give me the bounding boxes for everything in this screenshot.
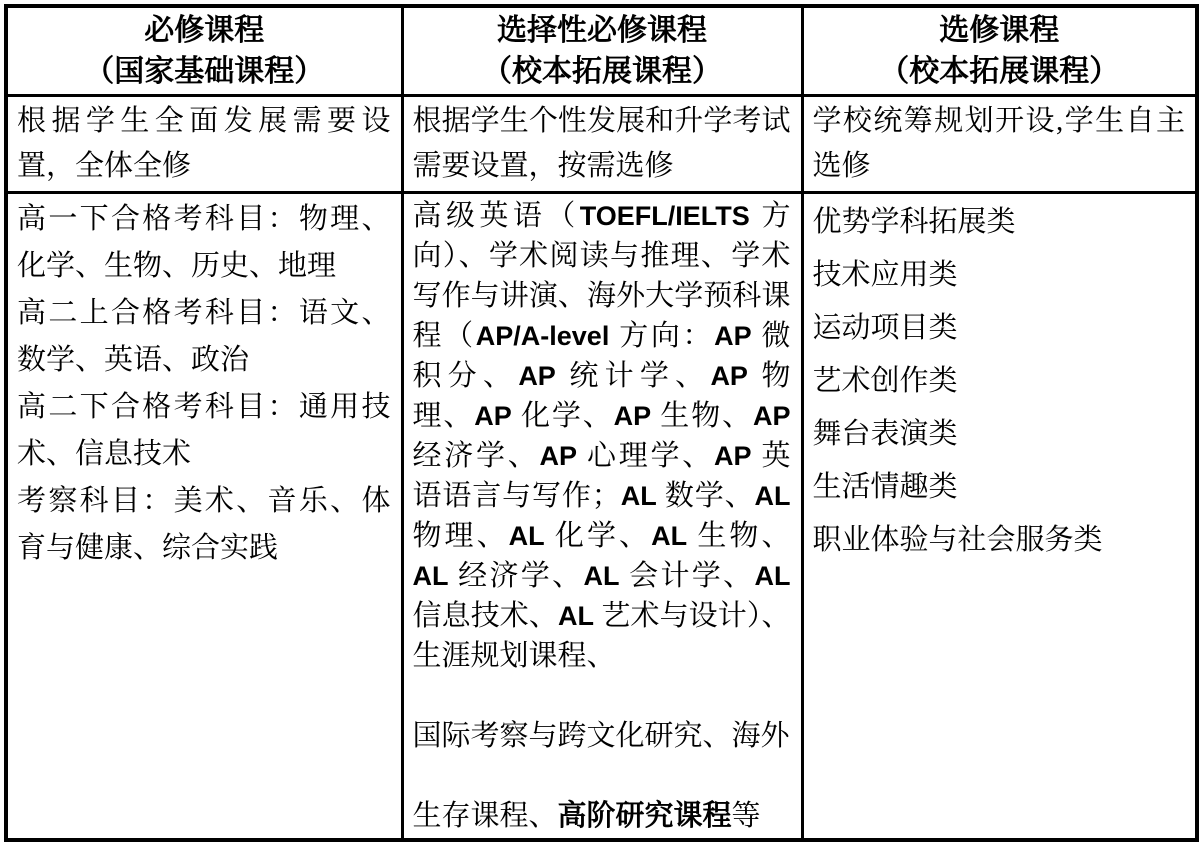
exam-subjects-grade2-first: 高二上合格考科目：语文、数学、英语、政治 [17, 290, 391, 384]
header-line: （校本拓展课程） [804, 51, 1196, 92]
cell-selective-description: 根据学生个性发展和升学考试需要设置，按需选修 [402, 96, 802, 193]
selective-courses-paragraph: 高级英语（TOEFL/IELTS 方向）、学术阅读与推理、学术写作与讲演、海外大… [413, 196, 791, 676]
advanced-research-course-bold: 高阶研究课程 [558, 800, 732, 832]
cell-elective-description: 学校统筹规划开设,学生自主选修 [802, 96, 1197, 193]
survival-course-text: 生存课程、 [413, 800, 558, 832]
courses-row: 高一下合格考科目：物理、化学、生物、历史、地理 高二上合格考科目：语文、数学、英… [6, 193, 1197, 841]
elective-category: 舞台表演类 [813, 408, 1186, 461]
cell-required-subjects: 高一下合格考科目：物理、化学、生物、历史、地理 高二上合格考科目：语文、数学、英… [6, 193, 402, 841]
elective-category: 职业体验与社会服务类 [813, 514, 1186, 567]
header-line: （校本拓展课程） [404, 51, 801, 92]
cell-selective-courses: 高级英语（TOEFL/IELTS 方向）、学术阅读与推理、学术写作与讲演、海外大… [402, 193, 802, 841]
elective-category: 艺术创作类 [813, 355, 1186, 408]
header-line: 必修课程 [8, 10, 401, 51]
description-row: 根据学生全面发展需要设置，全体全修 根据学生个性发展和升学考试需要设置，按需选修… [6, 96, 1197, 193]
survival-research-paragraph: 生存课程、高阶研究课程等 [413, 796, 791, 836]
header-line: 选修课程 [804, 10, 1196, 51]
exam-subjects-grade1: 高一下合格考科目：物理、化学、生物、历史、地理 [17, 196, 391, 290]
elective-category: 技术应用类 [813, 249, 1186, 302]
header-required-courses: 必修课程 （国家基础课程） [6, 6, 402, 96]
header-selective-required-courses: 选择性必修课程 （校本拓展课程） [402, 6, 802, 96]
elective-category: 运动项目类 [813, 302, 1186, 355]
header-line: 选择性必修课程 [404, 10, 801, 51]
header-elective-courses: 选修课程 （校本拓展课程） [802, 6, 1197, 96]
header-line: （国家基础课程） [8, 51, 401, 92]
required-description-text: 根据学生全面发展需要设置，全体全修 [17, 99, 391, 189]
international-study-paragraph: 国际考察与跨文化研究、海外 [413, 716, 791, 756]
curriculum-table: 必修课程 （国家基础课程） 选择性必修课程 （校本拓展课程） 选修课程 （校本拓… [4, 4, 1199, 842]
selective-description-text: 根据学生个性发展和升学考试需要设置，按需选修 [413, 99, 791, 189]
header-row: 必修课程 （国家基础课程） 选择性必修课程 （校本拓展课程） 选修课程 （校本拓… [6, 6, 1197, 96]
exam-subjects-grade2-second: 高二下合格考科目：通用技术、信息技术 [17, 384, 391, 478]
etc-suffix: 等 [732, 800, 761, 832]
assessment-subjects: 考察科目：美术、音乐、体育与健康、综合实践 [17, 478, 391, 572]
elective-category: 优势学科拓展类 [813, 196, 1186, 249]
cell-elective-categories: 优势学科拓展类 技术应用类 运动项目类 艺术创作类 舞台表演类 生活情趣类 职业… [802, 193, 1197, 841]
elective-description-text: 学校统筹规划开设,学生自主选修 [813, 99, 1186, 189]
elective-category: 生活情趣类 [813, 461, 1186, 514]
cell-required-description: 根据学生全面发展需要设置，全体全修 [6, 96, 402, 193]
